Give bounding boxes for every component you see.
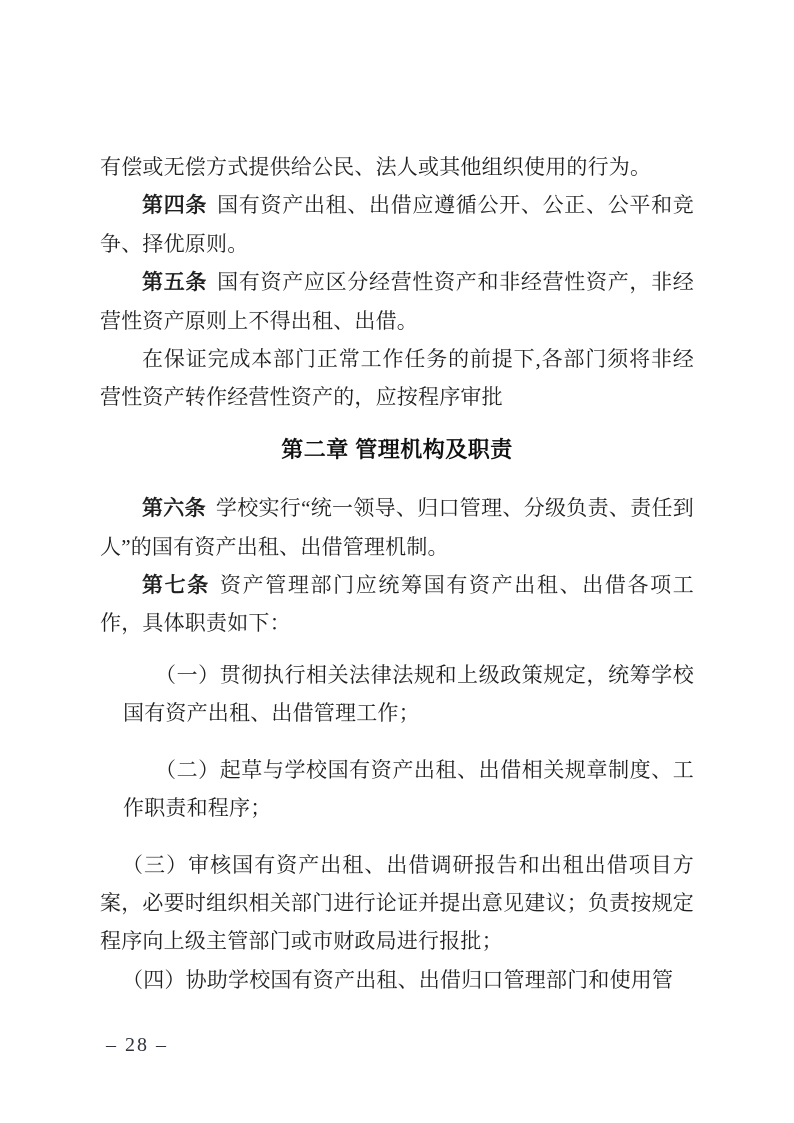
- duty-item-2: （二）起草与学校国有资产出租、出借相关规章制度、工作职责和程序；: [123, 751, 694, 828]
- article-6-paragraph: 第六条学校实行“统一领导、归口管理、分级负责、责任到人”的国有资产出租、出借管理…: [100, 489, 694, 566]
- article-5-paragraph: 第五条国有资产应区分经营性资产和非经营性资产，非经营性资产原则上不得出租、出借。: [100, 263, 694, 340]
- paragraph-overflow: 有偿或无偿方式提供给公民、法人或其他组织使用的行为。: [100, 148, 694, 186]
- chapter-heading: 第二章 管理机构及职责: [100, 431, 694, 469]
- page-content: 有偿或无偿方式提供给公民、法人或其他组织使用的行为。 第四条国有资产出租、出借应…: [100, 148, 694, 999]
- article-6-label: 第六条: [142, 496, 206, 520]
- document-page: 有偿或无偿方式提供给公民、法人或其他组织使用的行为。 第四条国有资产出租、出借应…: [0, 0, 794, 1123]
- article-4-paragraph: 第四条国有资产出租、出借应遵循公开、公正、公平和竞争、择优原则。: [100, 186, 694, 263]
- article-5-label: 第五条: [142, 270, 207, 294]
- duty-item-1: （一）贯彻执行相关法律法规和上级政策规定，统筹学校国有资产出租、出借管理工作；: [123, 656, 694, 733]
- duty-item-3: （三）审核国有资产出租、出借调研报告和出租出借项目方案，必要时组织相关部门进行论…: [100, 846, 694, 961]
- page-number: – 28 –: [106, 1032, 168, 1058]
- article-7-paragraph: 第七条资产管理部门应统筹国有资产出租、出借各项工作，具体职责如下：: [100, 566, 694, 643]
- paragraph-transfer-approval: 在保证完成本部门正常工作任务的前提下,各部门须将非经营性资产转作经营性资产的，应…: [100, 340, 694, 417]
- duty-item-4: （四）协助学校国有资产出租、出借归口管理部门和使用管: [100, 961, 694, 999]
- article-4-label: 第四条: [142, 193, 207, 217]
- article-7-label: 第七条: [142, 573, 210, 597]
